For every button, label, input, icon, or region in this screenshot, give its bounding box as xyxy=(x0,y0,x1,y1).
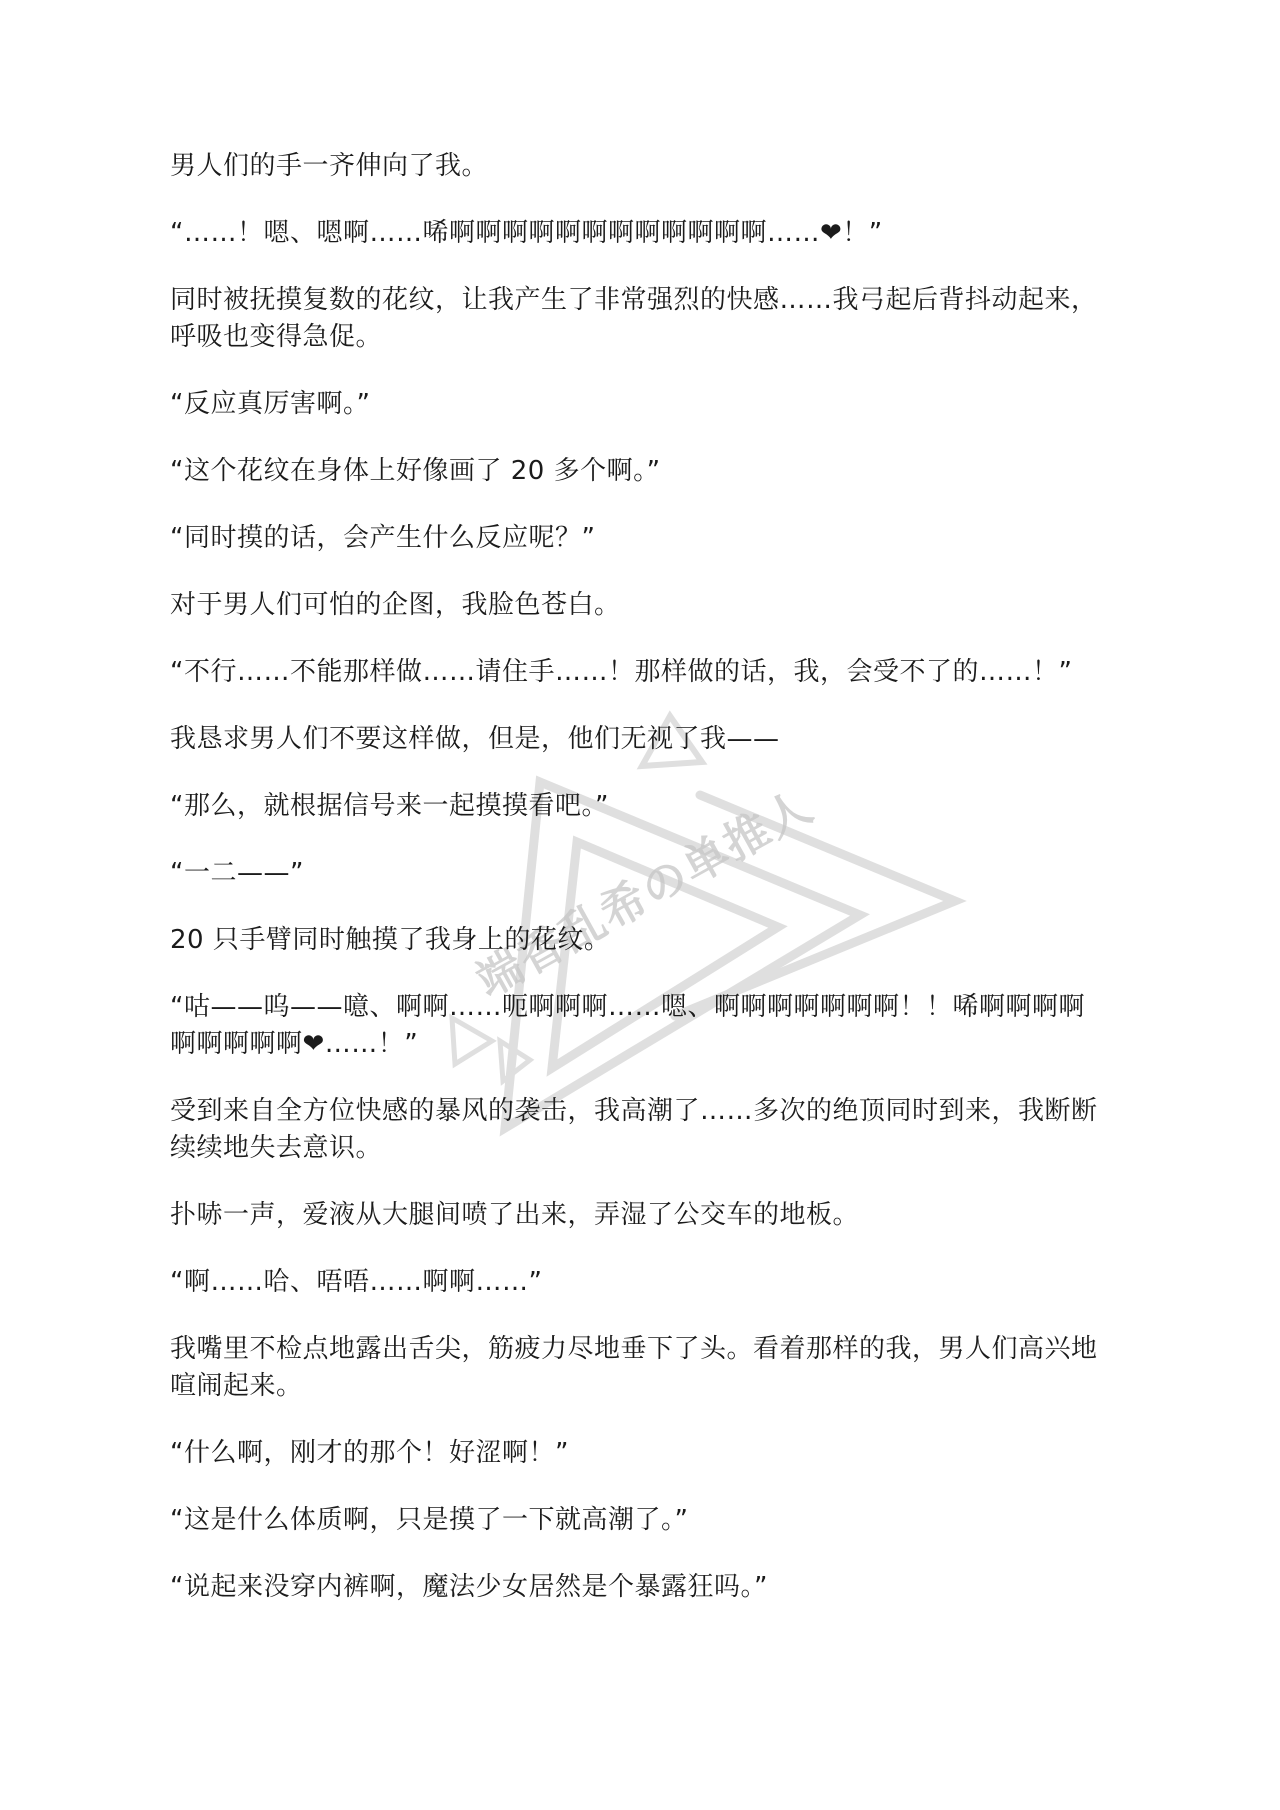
paragraph: “反应真厉害啊。” xyxy=(170,386,1115,423)
text-line: 对于男人们可怕的企图，我脸色苍白。 xyxy=(170,587,1115,624)
text-line: 同时被抚摸复数的花纹，让我产生了非常强烈的快感……我弓起后背抖动起来， xyxy=(170,282,1115,319)
paragraph: “同时摸的话，会产生什么反应呢？” xyxy=(170,520,1115,557)
paragraph: “这是什么体质啊，只是摸了一下就高潮了。” xyxy=(170,1502,1115,1539)
paragraph: “咕——呜——噫、啊啊……呃啊啊啊……嗯、啊啊啊啊啊啊啊！！唏啊啊啊啊啊啊啊啊啊… xyxy=(170,989,1115,1063)
text-line: “……！嗯、嗯啊……唏啊啊啊啊啊啊啊啊啊啊啊啊……❤！” xyxy=(170,215,1115,252)
text-line: “不行……不能那样做……请住手……！那样做的话，我，会受不了的……！” xyxy=(170,654,1115,691)
text-line: 男人们的手一齐伸向了我。 xyxy=(170,148,1115,185)
paragraph: “啊……哈、唔唔……啊啊……” xyxy=(170,1264,1115,1301)
text-line: “说起来没穿内裤啊，魔法少女居然是个暴露狂吗。” xyxy=(170,1569,1115,1606)
paragraph: 对于男人们可怕的企图，我脸色苍白。 xyxy=(170,587,1115,624)
paragraph: 男人们的手一齐伸向了我。 xyxy=(170,148,1115,185)
text-line: “那么，就根据信号来一起摸摸看吧。” xyxy=(170,788,1115,825)
text-line: “什么啊，刚才的那个！好涩啊！” xyxy=(170,1435,1115,1472)
paragraph: 同时被抚摸复数的花纹，让我产生了非常强烈的快感……我弓起后背抖动起来，呼吸也变得… xyxy=(170,282,1115,356)
text-line: 我嘴里不检点地露出舌尖，筋疲力尽地垂下了头。看着那样的我，男人们高兴地 xyxy=(170,1331,1115,1368)
text-line: “这是什么体质啊，只是摸了一下就高潮了。” xyxy=(170,1502,1115,1539)
paragraph: “说起来没穿内裤啊，魔法少女居然是个暴露狂吗。” xyxy=(170,1569,1115,1606)
text-line: “啊……哈、唔唔……啊啊……” xyxy=(170,1264,1115,1301)
document-page: 端香乱希の单推人 男人们的手一齐伸向了我。“……！嗯、嗯啊……唏啊啊啊啊啊啊啊啊… xyxy=(0,0,1280,1810)
text-line: “反应真厉害啊。” xyxy=(170,386,1115,423)
paragraph: “那么，就根据信号来一起摸摸看吧。” xyxy=(170,788,1115,825)
text-line: 续续地失去意识。 xyxy=(170,1130,1115,1167)
paragraph: “一二——” xyxy=(170,855,1115,892)
paragraph: 20 只手臂同时触摸了我身上的花纹。 xyxy=(170,922,1115,959)
text-line: “咕——呜——噫、啊啊……呃啊啊啊……嗯、啊啊啊啊啊啊啊！！唏啊啊啊啊 xyxy=(170,989,1115,1026)
text-line: 啊啊啊啊啊❤……！” xyxy=(170,1026,1115,1063)
text-line: 20 只手臂同时触摸了我身上的花纹。 xyxy=(170,922,1115,959)
text-line: 喧闹起来。 xyxy=(170,1368,1115,1405)
paragraph: “什么啊，刚才的那个！好涩啊！” xyxy=(170,1435,1115,1472)
text-line: “这个花纹在身体上好像画了 20 多个啊。” xyxy=(170,453,1115,490)
text-line: 呼吸也变得急促。 xyxy=(170,319,1115,356)
page-text: 男人们的手一齐伸向了我。“……！嗯、嗯啊……唏啊啊啊啊啊啊啊啊啊啊啊啊……❤！”… xyxy=(170,148,1115,1636)
text-line: “同时摸的话，会产生什么反应呢？” xyxy=(170,520,1115,557)
paragraph: 我嘴里不检点地露出舌尖，筋疲力尽地垂下了头。看着那样的我，男人们高兴地喧闹起来。 xyxy=(170,1331,1115,1405)
paragraph: “……！嗯、嗯啊……唏啊啊啊啊啊啊啊啊啊啊啊啊……❤！” xyxy=(170,215,1115,252)
text-line: 扑哧一声，爱液从大腿间喷了出来，弄湿了公交车的地板。 xyxy=(170,1197,1115,1234)
text-line: 我恳求男人们不要这样做，但是，他们无视了我—— xyxy=(170,721,1115,758)
text-line: “一二——” xyxy=(170,855,1115,892)
paragraph: 受到来自全方位快感的暴风的袭击，我高潮了……多次的绝顶同时到来，我断断续续地失去… xyxy=(170,1093,1115,1167)
paragraph: “这个花纹在身体上好像画了 20 多个啊。” xyxy=(170,453,1115,490)
text-line: 受到来自全方位快感的暴风的袭击，我高潮了……多次的绝顶同时到来，我断断 xyxy=(170,1093,1115,1130)
paragraph: 我恳求男人们不要这样做，但是，他们无视了我—— xyxy=(170,721,1115,758)
paragraph: “不行……不能那样做……请住手……！那样做的话，我，会受不了的……！” xyxy=(170,654,1115,691)
paragraph: 扑哧一声，爱液从大腿间喷了出来，弄湿了公交车的地板。 xyxy=(170,1197,1115,1234)
